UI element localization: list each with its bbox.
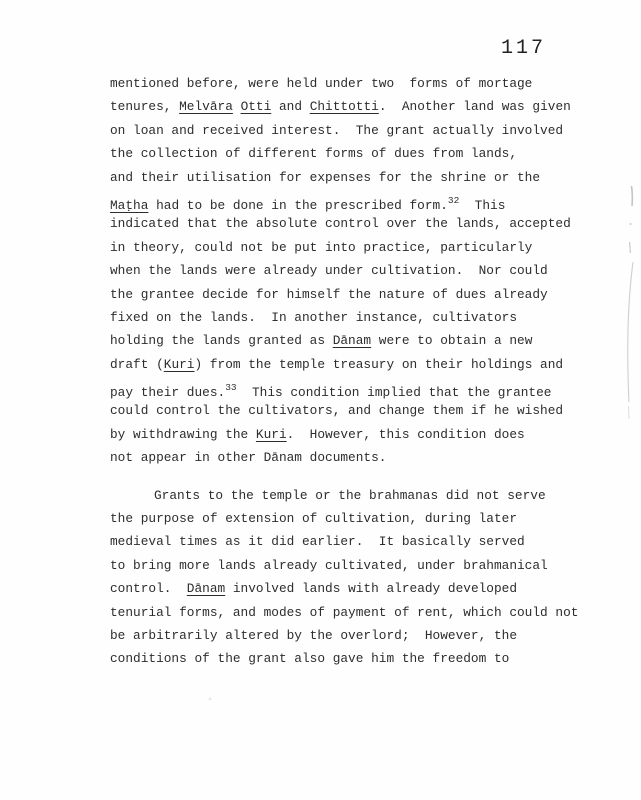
text-segment: and — [271, 99, 309, 114]
text-line: conditions of the grant also gave him th… — [110, 647, 590, 670]
text-segment: medieval times as it did earlier. It bas… — [110, 534, 525, 549]
text-segment: in theory, could not be put into practic… — [110, 240, 532, 255]
text-segment: the grantee decide for himself the natur… — [110, 287, 548, 302]
text-line: Maṭha had to be done in the prescribed f… — [110, 189, 590, 212]
text-line: medieval times as it did earlier. It bas… — [110, 530, 590, 553]
text-segment: could control the cultivators, and chang… — [110, 403, 563, 418]
text-segment: be arbitrarily altered by the overlord; … — [110, 628, 517, 643]
underlined-term: Chittotti — [310, 99, 379, 114]
text-line: the collection of different forms of due… — [110, 142, 590, 165]
text-line: to bring more lands already cultivated, … — [110, 554, 590, 577]
text-segment: This condition implied that the grantee — [237, 385, 552, 400]
text-segment: This — [459, 198, 505, 213]
underlined-term: Kuri — [164, 357, 195, 372]
text-line: and their utilisation for expenses for t… — [110, 166, 590, 189]
page-number: 117 — [501, 37, 546, 60]
scan-mark — [630, 242, 631, 253]
text-line: tenurial forms, and modes of payment of … — [110, 601, 590, 624]
text-segment: tenures, — [110, 99, 179, 114]
footnote-ref: 32 — [448, 195, 459, 206]
scan-mark — [632, 186, 633, 206]
paragraph: Grants to the temple or the brahmanas di… — [110, 484, 590, 671]
text-segment: indicated that the absolute control over… — [110, 216, 571, 231]
underlined-term: Maṭha — [110, 198, 148, 213]
paragraph: mentioned before, were held under two fo… — [110, 72, 590, 470]
text-line: indicated that the absolute control over… — [110, 212, 590, 235]
text-segment: the collection of different forms of due… — [110, 146, 517, 161]
text-line: mentioned before, were held under two fo… — [110, 72, 590, 95]
text-line: when the lands were already under cultiv… — [110, 259, 590, 282]
text-line: control. Dānam involved lands with alrea… — [110, 577, 590, 600]
text-segment: draft ( — [110, 357, 164, 372]
text-segment: had to be done in the prescribed form. — [148, 198, 448, 213]
text-line: on loan and received interest. The grant… — [110, 119, 590, 142]
underlined-term: Dānam — [187, 581, 225, 596]
text-segment: to bring more lands already cultivated, … — [110, 558, 548, 573]
text-segment: pay their dues. — [110, 385, 225, 400]
text-segment: holding the lands granted as — [110, 333, 333, 348]
text-line: fixed on the lands. In another instance,… — [110, 306, 590, 329]
text-segment: ) from the temple treasury on their hold… — [194, 357, 563, 372]
text-line: pay their dues.33 This condition implied… — [110, 376, 590, 399]
scan-mark — [628, 262, 633, 402]
text-line: holding the lands granted as Dānam were … — [110, 329, 590, 352]
scanned-document-page: 117 mentioned before, were held under tw… — [0, 0, 641, 800]
text-segment: involved lands with already developed — [225, 581, 517, 596]
text-line: the purpose of extension of cultivation,… — [110, 507, 590, 530]
text-segment: fixed on the lands. In another instance,… — [110, 310, 517, 325]
text-segment: the purpose of extension of cultivation,… — [110, 511, 517, 526]
footnote-ref: 33 — [225, 382, 236, 393]
text-segment: were to obtain a new — [371, 333, 532, 348]
text-content: mentioned before, were held under two fo… — [110, 72, 590, 671]
text-segment: by withdrawing the — [110, 427, 256, 442]
scan-mark — [629, 406, 630, 419]
text-segment: Grants to the temple or the brahmanas di… — [154, 488, 546, 503]
scan-mark — [629, 223, 631, 225]
text-segment: conditions of the grant also gave him th… — [110, 651, 509, 666]
underlined-term: Otti — [241, 99, 272, 114]
text-segment: not appear in other Dānam documents. — [110, 450, 386, 465]
text-segment: when the lands were already under cultiv… — [110, 263, 548, 278]
text-segment: control. — [110, 581, 187, 596]
text-segment: tenurial forms, and modes of payment of … — [110, 605, 578, 620]
text-segment: and their utilisation for expenses for t… — [110, 170, 540, 185]
text-line: Grants to the temple or the brahmanas di… — [110, 484, 590, 507]
text-line: tenures, Melvāra Otti and Chittotti. Ano… — [110, 95, 590, 118]
text-line: by withdrawing the Kuri. However, this c… — [110, 423, 590, 446]
text-segment — [233, 99, 241, 114]
text-segment: mentioned before, were held under two fo… — [110, 76, 532, 91]
text-line: be arbitrarily altered by the overlord; … — [110, 624, 590, 647]
underlined-term: Melvāra — [179, 99, 233, 114]
text-segment: . Another land was given — [379, 99, 571, 114]
text-line: draft (Kuri) from the temple treasury on… — [110, 353, 590, 376]
underlined-term: Dānam — [333, 333, 371, 348]
text-line: could control the cultivators, and chang… — [110, 399, 590, 422]
scan-mark — [209, 698, 212, 701]
text-line: in theory, could not be put into practic… — [110, 236, 590, 259]
text-line: the grantee decide for himself the natur… — [110, 283, 590, 306]
text-segment: . However, this condition does — [287, 427, 525, 442]
underlined-term: Kuri — [256, 427, 287, 442]
text-segment: on loan and received interest. The grant… — [110, 123, 563, 138]
text-line: not appear in other Dānam documents. — [110, 446, 590, 469]
